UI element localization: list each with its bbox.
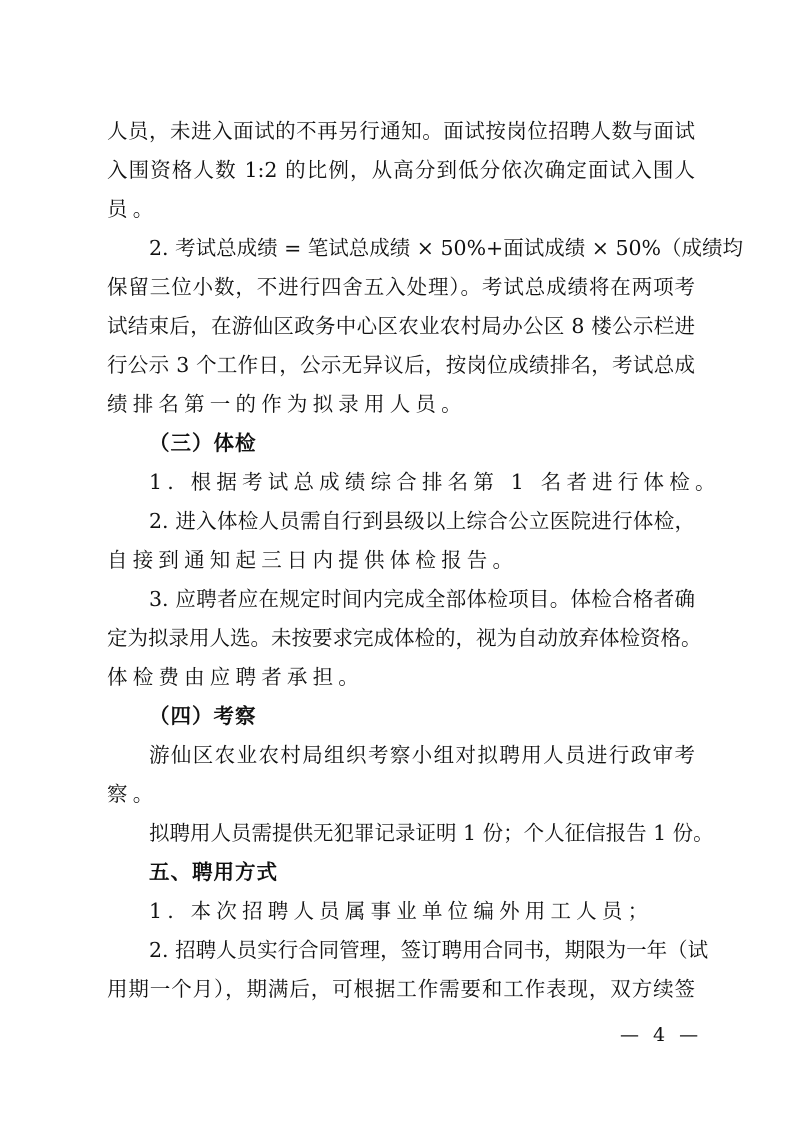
paragraph-line: 1. 根据考试总成绩综合排名第 1 名者进行体检。: [107, 463, 695, 502]
document-page: 人员，未进入面试的不再另行通知。面试按岗位招聘人数与面试 入围资格人数 1:2 …: [107, 112, 695, 1009]
section-heading-physical-exam: （三）体检: [107, 424, 695, 463]
paragraph-line: 用期一个月），期满后，可根据工作需要和工作表现，双方续签: [107, 970, 695, 1009]
section-heading-employment-method: 五、聘用方式: [107, 853, 695, 892]
paragraph-line: 试结束后，在游仙区政务中心区农业农村局办公区 8 楼公示栏进: [107, 307, 695, 346]
paragraph-line: 2. 进入体检人员需自行到县级以上综合公立医院进行体检，: [107, 502, 695, 541]
paragraph-line: 入围资格人数 1:2 的比例，从高分到低分依次确定面试入围人: [107, 151, 695, 190]
paragraph-line: 绩排名第一的作为拟录用人员。: [107, 385, 695, 424]
paragraph-line: 保留三位小数，不进行四舍五入处理）。考试总成绩将在两项考: [107, 268, 695, 307]
paragraph-line: 1. 本次招聘人员属事业单位编外用工人员；: [107, 892, 695, 931]
paragraph-line: 察。: [107, 775, 695, 814]
paragraph-line: 行公示 3 个工作日，公示无异议后，按岗位成绩排名，考试总成: [107, 346, 695, 385]
paragraph-line: 3. 应聘者应在规定时间内完成全部体检项目。体检合格者确: [107, 580, 695, 619]
paragraph-line: 员。: [107, 190, 695, 229]
page-number: — 4 —: [620, 1024, 702, 1046]
paragraph-line: 体检费由应聘者承担。: [107, 658, 695, 697]
section-heading-inspection: （四）考察: [107, 697, 695, 736]
paragraph-line: 人员，未进入面试的不再另行通知。面试按岗位招聘人数与面试: [107, 112, 695, 151]
paragraph-line: 拟聘用人员需提供无犯罪记录证明 1 份；个人征信报告 1 份。: [107, 814, 695, 853]
paragraph-line: 2. 考试总成绩 = 笔试总成绩 × 50%+面试成绩 × 50%（成绩均: [107, 229, 695, 268]
paragraph-line: 自接到通知起三日内提供体检报告。: [107, 541, 695, 580]
paragraph-line: 2. 招聘人员实行合同管理，签订聘用合同书，期限为一年（试: [107, 931, 695, 970]
paragraph-line: 定为拟录用人选。未按要求完成体检的，视为自动放弃体检资格。: [107, 619, 695, 658]
paragraph-line: 游仙区农业农村局组织考察小组对拟聘用人员进行政审考: [107, 736, 695, 775]
